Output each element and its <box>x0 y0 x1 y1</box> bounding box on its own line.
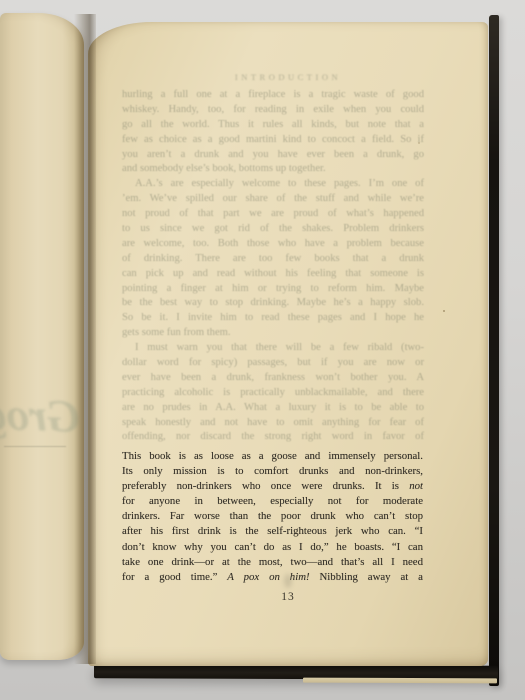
left-facing-page: Grog <box>0 13 84 660</box>
book-cover-right-edge <box>489 15 499 686</box>
showthrough-line: are welcome, too. Both those who have a … <box>122 237 424 252</box>
text-line: after his first drink is the self-righte… <box>122 524 423 539</box>
right-page: INTRODUCTION hurling a full one at a fir… <box>88 22 488 666</box>
text-line: for a good time.” A pox on him! Nibbling… <box>122 570 423 585</box>
text-line: This book is as loose as a goose and imm… <box>122 449 423 464</box>
showthrough-title-script: Grog <box>0 383 81 451</box>
text-line: drinkers. Far worse than the poor drunk … <box>122 509 423 524</box>
text-line: for anyone in between, especially not fo… <box>122 494 423 509</box>
showthrough-line: are no prudes in A.A. What a luxury it i… <box>122 401 424 416</box>
showthrough-line: few as choice as a good martini kind to … <box>122 133 424 148</box>
gutter-shadow <box>74 14 96 664</box>
showthrough-line: ’em. We’ve spilled our share of the stuf… <box>122 192 424 207</box>
page-stack-bottom-edge <box>303 678 497 684</box>
paper-speck <box>443 310 445 312</box>
showthrough-line: can pick up and read without his feeling… <box>122 267 424 282</box>
text-line: preferably non-drinkers who once were dr… <box>122 479 423 494</box>
showthrough-line: hurling a full one at a fireplace is a t… <box>122 88 424 103</box>
showthrough-line: gets some fun from them. <box>122 326 424 341</box>
showthrough-line: ever have been a drunk, frankness won’t … <box>122 371 424 386</box>
showthrough-line: So be it. I invite him to read these pag… <box>122 311 424 326</box>
text-line: take one drink—or at the most, two—and t… <box>122 555 423 570</box>
showthrough-rule <box>4 446 66 447</box>
showthrough-line: be the best way to stop drinking. Maybe … <box>122 296 424 311</box>
showthrough-line: of drinking. There are too few books tha… <box>122 252 424 267</box>
text-line: don’t know why you can’t do as I do,” he… <box>122 540 423 555</box>
photo-of-open-book: Grog INTRODUCTION hurling a full one at … <box>0 0 525 700</box>
showthrough-line: to us since we got rid of the shakes. Pr… <box>122 222 424 237</box>
paper-smudge <box>284 574 292 588</box>
showthrough-line: go all the world. Thus it rules all kind… <box>122 118 424 133</box>
showthrough-line: I must warn you that there will be a few… <box>122 341 424 356</box>
showthrough-line: practicing alcoholic is practically unbl… <box>122 386 424 401</box>
showthrough-line: whiskey. Handy, too, for reading in exil… <box>122 103 424 118</box>
showthrough-running-head: INTRODUCTION <box>88 72 488 82</box>
showthrough-text-block: hurling a full one at a fireplace is a t… <box>122 88 424 445</box>
showthrough-line: A.A.’s are especially welcome to these p… <box>122 177 424 192</box>
showthrough-line: offending, nor discard the strong right … <box>122 430 424 445</box>
body-paragraph: This book is as loose as a goose and imm… <box>122 449 423 585</box>
page-number: 13 <box>88 591 488 603</box>
showthrough-line: not proud of that part we are proud of w… <box>122 207 424 222</box>
showthrough-line: speak honestly and not have to omit anyt… <box>122 416 424 431</box>
text-line: Its only mission is to comfort drunks an… <box>122 464 423 479</box>
paper-speck <box>418 142 420 144</box>
showthrough-line: and somebody else’s book, bottoms up tog… <box>122 162 424 177</box>
showthrough-line: pointing a finger at him or trying to re… <box>122 282 424 297</box>
showthrough-line: you aren’t a drunk and you have ever bee… <box>122 148 424 163</box>
showthrough-line: dollar word for spicy) passages, but if … <box>122 356 424 371</box>
